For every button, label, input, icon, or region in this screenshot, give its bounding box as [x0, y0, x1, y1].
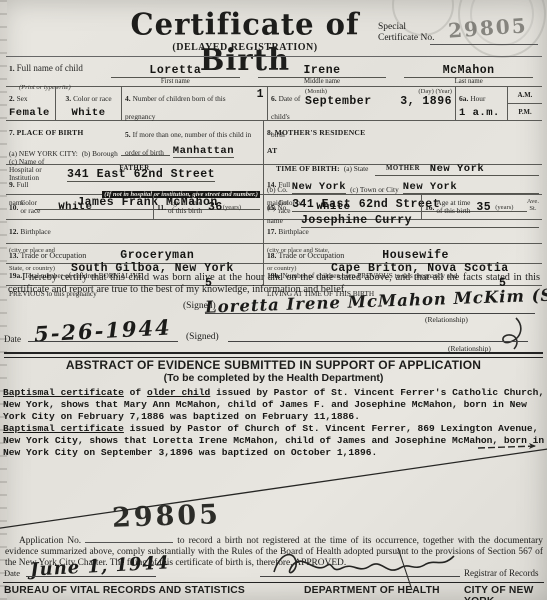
father-race-label: Color or race	[20, 199, 44, 215]
birth-hour-cell: 6a.Hour 1 a.m.	[456, 87, 508, 120]
abstract-p1-underlined-2: older child	[147, 387, 210, 398]
page-subtitle: (DELAYED REGISTRATION)	[95, 42, 395, 53]
date-label: Date	[4, 334, 21, 344]
approval-date-label: Date	[4, 568, 20, 578]
father-occupation-cell: 13.Trade or Occupation Groceryman	[6, 244, 264, 263]
abstract-paragraph-1: Baptismal certificate of older child iss…	[3, 387, 545, 422]
relationship-label: (Relationship)	[425, 315, 468, 324]
abstract-heading: ABSTRACT OF EVIDENCE SUBMITTED IN SUPPOR…	[0, 358, 547, 372]
borough-label: (b) Borough	[82, 150, 118, 158]
am-option: A.M.	[508, 87, 542, 104]
mother-birthplace-cell: 17.Birthplace (city or place and State, …	[264, 220, 542, 243]
field-number: 12.	[9, 227, 18, 236]
parent-race-age-row: 10.Color or race White 11.Age at time of…	[6, 195, 542, 220]
abstract-paragraph-2: Baptismal certificate issued by Pastor o…	[3, 423, 545, 458]
year-caption: (Year)	[435, 88, 452, 95]
signature-line-2	[228, 341, 528, 342]
field-number: 6.	[271, 94, 277, 103]
field-number: 15.	[267, 203, 276, 212]
mother-race-subcell: 15.Color or race White	[264, 195, 422, 219]
mother-age-value: 35	[476, 201, 491, 214]
father-occupation-value: Groceryman	[120, 249, 194, 262]
mothers-residence-cell: 8.MOTHER'S RESIDENCE AT TIME OF BIRTH: (…	[264, 121, 542, 164]
mother-occupation-label: Trade or Occupation	[278, 251, 344, 260]
father-birthplace-cell: 12.Birthplace (city or place and State, …	[6, 220, 264, 243]
field-number: 3.	[65, 94, 71, 103]
abstract-p2-underlined: Baptismal certificate	[3, 423, 124, 434]
parent-birthplace-row: 12.Birthplace (city or place and State, …	[6, 220, 542, 244]
first-name-caption: First name	[111, 77, 240, 85]
signed-label-2: (Signed)	[186, 332, 219, 342]
father-age-subcell: 11.Age at time of this birth 36(years)	[154, 195, 263, 219]
last-name-caption: Last name	[404, 77, 533, 85]
abstract-subheading: (To be completed by the Health Departmen…	[0, 372, 547, 384]
special-label-line2: Certificate No.	[378, 33, 434, 43]
parent-occupation-row: 13.Trade or Occupation Groceryman 18.Tra…	[6, 244, 542, 264]
children-count-cell: 4.Number of children born of this pregna…	[122, 87, 268, 120]
father-age-unit: (years)	[223, 204, 241, 211]
date-line	[28, 341, 178, 342]
middle-name-caption: Middle name	[258, 77, 387, 85]
registrar-of-records-label: Registrar of Records	[464, 568, 538, 578]
approval-date-line	[26, 576, 156, 577]
am-pm-cell: A.M. P.M.	[508, 87, 542, 120]
last-name-value: McMahon	[398, 64, 539, 77]
mother-race-value: White	[316, 201, 350, 213]
first-name-value: Loretta	[105, 64, 246, 77]
father-occupation-label: Trade or Occupation	[20, 251, 86, 260]
sex-value: Female	[9, 107, 52, 119]
residence-label-line1: MOTHER'S RESIDENCE AT	[267, 128, 365, 155]
father-birthplace-label: Birthplace	[20, 227, 50, 236]
field-number: 17.	[267, 227, 276, 236]
mother-name-cell: MOTHER 14.Full maiden name Josephine Cur…	[264, 165, 542, 194]
mother-age-subcell: 16.Age at time of this birth 35 (years)	[422, 195, 542, 219]
footer-city: CITY OF NEW YORK	[464, 585, 547, 600]
first-name-cell: Loretta First name	[102, 57, 249, 86]
field-number: 11.	[157, 203, 166, 212]
father-race-age-cell: 10.Color or race White 11.Age at time of…	[6, 195, 264, 219]
sex-cell: 2.Sex Female	[6, 87, 56, 120]
abstract-p1-underlined-1: Baptismal certificate	[3, 387, 124, 398]
field-number: 1.	[9, 64, 15, 73]
field-number: 2.	[9, 94, 15, 103]
field-number: 8.	[267, 128, 273, 137]
mother-age-unit: (years)	[495, 204, 513, 211]
birth-day-year-value: 3, 1896	[400, 95, 452, 108]
abstract-p1-mid: of	[124, 387, 147, 398]
mother-birthplace-label: Birthplace	[278, 227, 308, 236]
signature-line	[205, 313, 535, 314]
race-cell: 3.Color or race White	[56, 87, 122, 120]
race-value: White	[59, 107, 118, 119]
footer-department: DEPARTMENT OF HEALTH	[304, 585, 464, 600]
father-race-subcell: 10.Color or race White	[6, 195, 154, 219]
field-number: 9.	[9, 180, 15, 189]
father-header: FATHER	[6, 165, 263, 172]
place-of-birth-label: PLACE OF BIRTH	[17, 128, 84, 137]
field-number: 6a.	[459, 94, 468, 103]
father-age-label: Age at time of this birth	[168, 199, 208, 215]
mother-header: MOTHER	[264, 165, 542, 172]
application-no-blank	[85, 534, 173, 543]
birth-certificate-form: 1.Full name of child (Print or typewrite…	[6, 56, 542, 286]
pen-flourish	[496, 316, 526, 355]
father-age-value: 36	[208, 201, 223, 214]
borough-value: Manhattan	[173, 145, 234, 158]
children-count-label: Number of children born of this pregnanc…	[125, 94, 226, 121]
field-number: 10.	[9, 203, 18, 212]
last-name-cell: McMahon Last name	[395, 57, 542, 86]
day-caption: (Day)	[418, 88, 433, 95]
mother-race-label: Color or race	[278, 199, 304, 215]
mother-occupation-cell: 18.Trade or Occupation Housewife	[264, 244, 542, 263]
mother-age-label: Age at time of this birth	[436, 199, 476, 215]
application-no-label: Application No.	[19, 536, 81, 546]
field-number: 13.	[9, 251, 18, 260]
footer-bureau: BUREAU OF VITAL RECORDS AND STATISTICS	[4, 585, 304, 600]
registrar-signature-line	[260, 576, 460, 577]
place-residence-row: 7.PLACE OF BIRTH (a) NEW YORK CITY: (b) …	[6, 121, 542, 165]
children-count-value: 1	[257, 88, 264, 124]
application-number-stamp: 29805	[111, 499, 221, 534]
field-number: 7.	[9, 128, 15, 137]
place-of-birth-cell: 7.PLACE OF BIRTH (a) NEW YORK CITY: (b) …	[6, 121, 264, 164]
footer-rule	[3, 582, 544, 583]
special-certificate-label: Special Certificate No.	[378, 22, 434, 44]
parent-name-row: FATHER 9.Full name James Frank McMahon M…	[6, 165, 542, 195]
birth-month-value: September	[305, 95, 372, 108]
month-caption: (Month)	[305, 88, 327, 95]
full-name-label: Full name of child	[17, 63, 83, 73]
field-number: 14.	[267, 180, 276, 189]
pm-option: P.M.	[508, 104, 542, 120]
birth-date-cell: 6.Date of child's birth (Month) (Day) (Y…	[268, 87, 456, 120]
race-label: Color or race	[73, 94, 112, 103]
certificate-of-birth-scan: Certificate of Birth (DELAYED REGISTRATI…	[0, 0, 547, 600]
father-race-value: White	[58, 201, 92, 213]
abstract-body: Baptismal certificate of older child iss…	[3, 387, 545, 460]
certificate-no-line	[430, 44, 538, 45]
full-name-row: 1.Full name of child (Print or typewrite…	[6, 57, 542, 87]
father-name-cell: FATHER 9.Full name James Frank McMahon	[6, 165, 264, 194]
sex-label: Sex	[17, 94, 28, 103]
special-label-line1: Special	[378, 22, 406, 32]
mother-race-age-cell: 15.Color or race White 16.Age at time of…	[264, 195, 542, 219]
field-number: 18.	[267, 251, 276, 260]
mother-occupation-value: Housewife	[382, 249, 449, 262]
vitals-row: 2.Sex Female 3.Color or race White 4.Num…	[6, 87, 542, 121]
full-name-label-cell: 1.Full name of child (Print or typewrite…	[6, 57, 102, 86]
field-number: 4.	[125, 94, 131, 103]
middle-name-cell: Irene Middle name	[249, 57, 396, 86]
hour-value: 1 a.m.	[459, 107, 504, 119]
field-number: 16.	[425, 203, 434, 212]
footer: BUREAU OF VITAL RECORDS AND STATISTICS D…	[0, 585, 547, 600]
hour-label: Hour	[470, 94, 485, 103]
middle-name-value: Irene	[252, 64, 393, 77]
